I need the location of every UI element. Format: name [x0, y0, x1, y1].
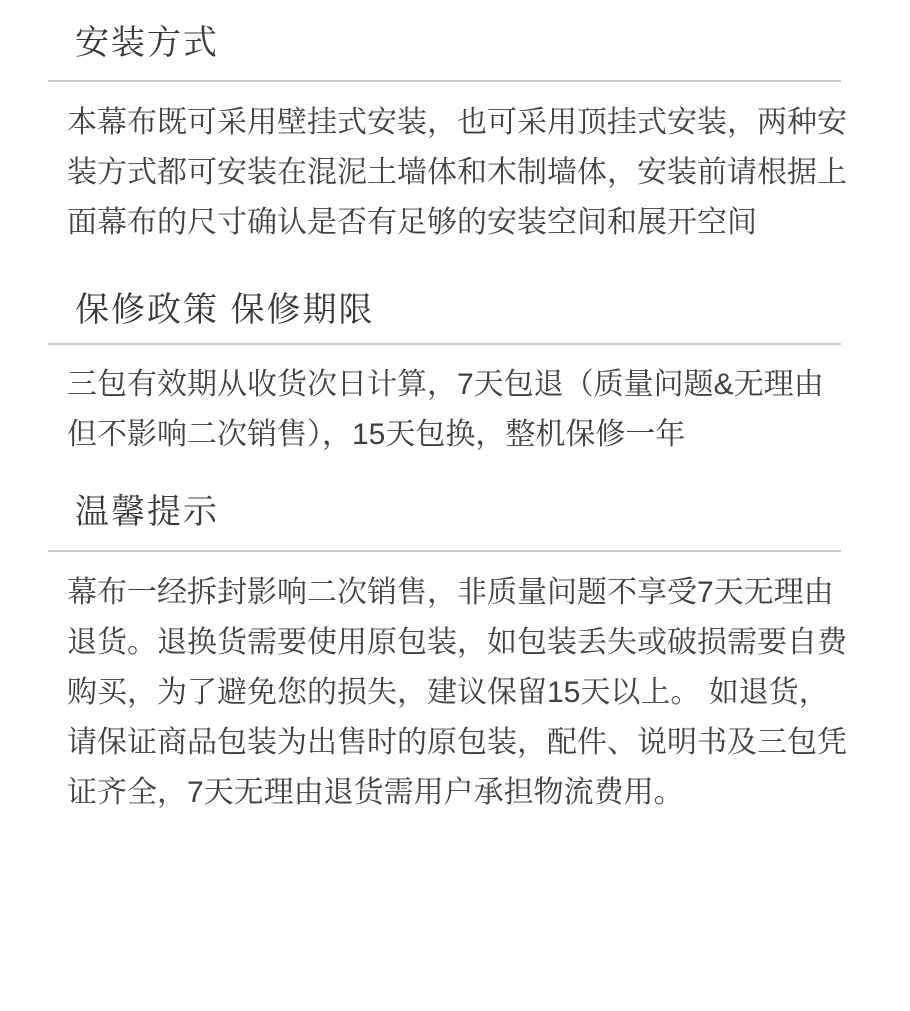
- section-title-warranty-policy: 保修政策 保修期限: [75, 290, 374, 331]
- section-title-installation-method: 安装方式: [75, 23, 219, 64]
- section-divider: [48, 343, 841, 345]
- section-body-warranty-policy: 三包有效期从收货次日计算，7天包退（质量问题&无理由但不影响二次销售），15天包…: [67, 360, 851, 460]
- section-title-warm-tips: 温馨提示: [75, 492, 219, 533]
- section-body-installation-method: 本幕布既可采用壁挂式安装，也可采用顶挂式安装，两种安装方式都可安装在混泥土墙体和…: [67, 98, 851, 248]
- product-description-page: 安装方式 本幕布既可采用壁挂式安装，也可采用顶挂式安装，两种安装方式都可安装在混…: [0, 0, 910, 1011]
- section-divider: [48, 550, 841, 552]
- section-divider: [48, 80, 841, 82]
- section-body-warm-tips: 幕布一经拆封影响二次销售，非质量问题不享受7天无理由退货。退换货需要使用原包装，…: [67, 568, 851, 818]
